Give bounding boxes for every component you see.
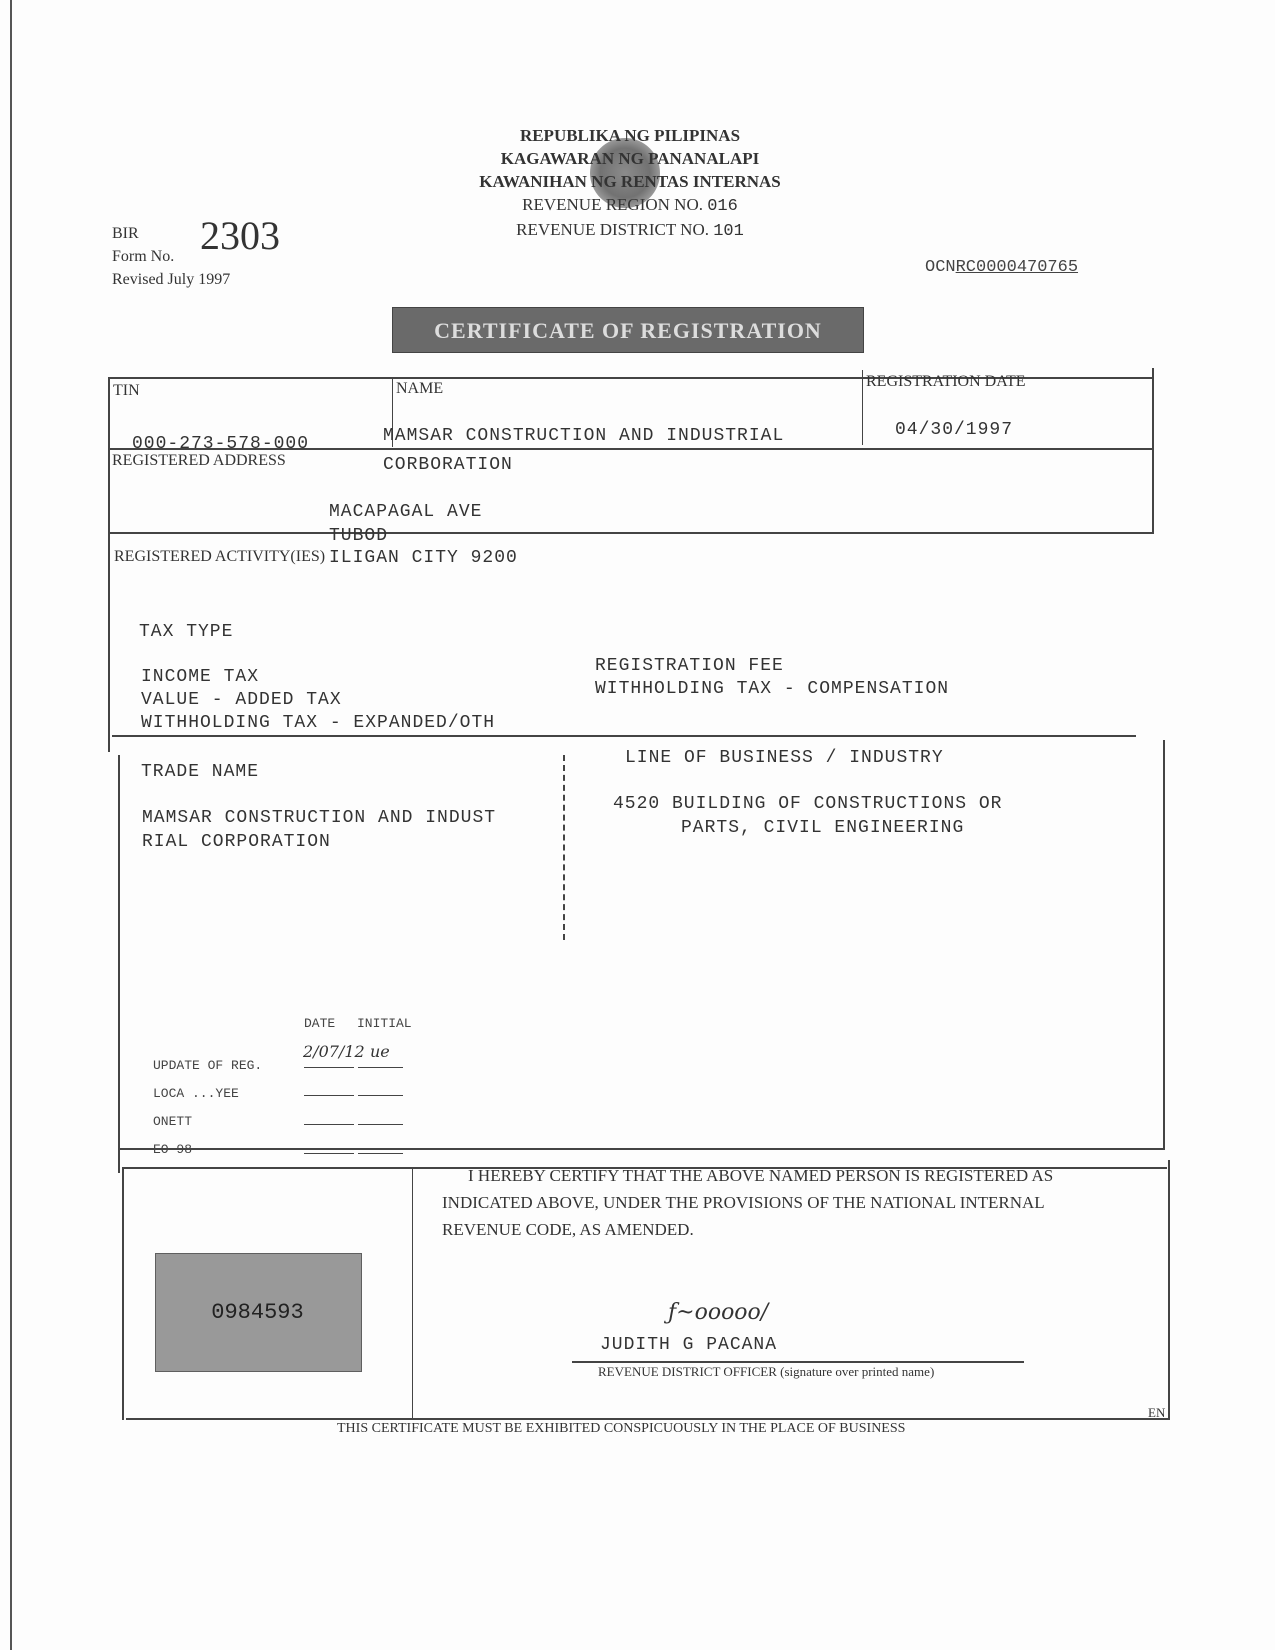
tax-type: REGISTRATION FEE	[595, 655, 949, 678]
blank-line	[304, 1067, 354, 1068]
stamp-initial-handwritten: ue	[370, 1042, 390, 1061]
tax-types-left: INCOME TAX VALUE - ADDED TAX WITHHOLDING…	[141, 666, 495, 735]
revenue-region: REVENUE REGION NO. 016	[440, 193, 820, 218]
name-value-cont: CORBORATION	[383, 455, 513, 475]
dashed-divider	[563, 755, 565, 940]
signature-line	[572, 1361, 1024, 1363]
tax-type: INCOME TAX	[141, 666, 495, 689]
reg-date-label: REGISTRATION DATE	[866, 373, 1026, 391]
blank-line	[358, 1153, 403, 1154]
blank-line	[304, 1153, 354, 1154]
page-edge	[10, 0, 12, 1650]
table-border-left	[118, 755, 120, 1173]
tax-types-right: REGISTRATION FEE WITHHOLDING TAX - COMPE…	[595, 655, 949, 701]
tax-type: VALUE - ADDED TAX	[141, 689, 495, 712]
lob-label: LINE OF BUSINESS / INDUSTRY	[625, 748, 944, 768]
footer-notice: THIS CERTIFICATE MUST BE EXHIBITED CONSP…	[337, 1421, 905, 1437]
table-border-right	[1163, 740, 1165, 1150]
documentary-stamp-number: 0984593	[155, 1300, 360, 1325]
trade-name-label: TRADE NAME	[141, 762, 259, 782]
agency-header: REPUBLIKA NG PILIPINAS KAGAWARAN NG PANA…	[440, 124, 820, 243]
revision-date: Revised July 1997	[112, 268, 230, 291]
table-border-left	[108, 377, 110, 752]
signature: ƒ~ooooo/	[668, 1300, 768, 1325]
header-line: KAGAWARAN NG PANANALAPI	[440, 147, 820, 170]
officer-title: REVENUE DISTRICT OFFICER (signature over…	[598, 1364, 934, 1380]
stamp-row-label: EO 98	[153, 1136, 262, 1164]
name-value: MAMSAR CONSTRUCTION AND INDUSTRIAL	[383, 426, 784, 446]
stamp-date-header: DATE	[304, 1016, 335, 1031]
stamp-row-label: ONETT	[153, 1108, 262, 1136]
tax-type: WITHHOLDING TAX - EXPANDED/OTH	[141, 712, 495, 735]
blank-line	[358, 1095, 403, 1096]
revenue-district: REVENUE DISTRICT NO. 101	[440, 218, 820, 243]
stamp-row-label: UPDATE OF REG.	[153, 1052, 262, 1080]
blank-line	[304, 1124, 354, 1125]
reg-date-value: 04/30/1997	[895, 420, 1013, 440]
header-line: KAWANIHAN NG RENTAS INTERNAS	[440, 170, 820, 193]
ocn-number: OCNRC0000470765	[925, 258, 1078, 277]
tin-value: 000-273-578-000	[132, 434, 309, 454]
cert-border-bottom	[126, 1418, 1170, 1420]
update-stamp-rows: UPDATE OF REG. LOCA ...YEE ONETT EO 98	[153, 1052, 262, 1164]
stamp-initial-header: INITIAL	[357, 1016, 412, 1031]
table-border-right	[1152, 368, 1154, 533]
stamp-date-handwritten: 2/07/12	[303, 1042, 365, 1061]
blank-line	[358, 1067, 403, 1068]
stamp-row-label: LOCA ...YEE	[153, 1080, 262, 1108]
activity-label: REGISTERED ACTIVITY(IES)	[114, 548, 325, 566]
form-number: 2303	[200, 212, 280, 259]
cert-divider	[412, 1167, 413, 1420]
footer-code: EN	[1148, 1405, 1165, 1421]
name-label: NAME	[396, 380, 443, 398]
address-line: ILIGAN CITY 9200	[329, 548, 518, 568]
trade-name-value: MAMSAR CONSTRUCTION AND INDUST RIAL CORP…	[142, 806, 496, 854]
certification-text: I HEREBY CERTIFY THAT THE ABOVE NAMED PE…	[442, 1162, 1053, 1243]
tin-label: TIN	[113, 382, 140, 400]
blank-line	[304, 1095, 354, 1096]
lob-value: 4520 BUILDING OF CONSTRUCTIONS OR PARTS,…	[613, 792, 1002, 840]
document-title: CERTIFICATE OF REGISTRATION	[392, 307, 864, 353]
blank-line	[358, 1124, 403, 1125]
cert-border-left	[122, 1167, 124, 1420]
header-line: REPUBLIKA NG PILIPINAS	[440, 124, 820, 147]
cert-border-right	[1168, 1160, 1170, 1420]
divider	[862, 370, 863, 445]
officer-name: JUDITH G PACANA	[600, 1335, 777, 1355]
divider	[120, 1148, 1165, 1150]
address-line: MACAPAGAL AVE	[329, 502, 482, 522]
divider	[110, 532, 1154, 534]
address-line: TUBOD	[329, 526, 388, 546]
divider	[112, 735, 1136, 737]
address-label: REGISTERED ADDRESS	[112, 452, 286, 470]
tax-type: WITHHOLDING TAX - COMPENSATION	[595, 678, 949, 701]
tax-type-label: TAX TYPE	[139, 622, 233, 642]
